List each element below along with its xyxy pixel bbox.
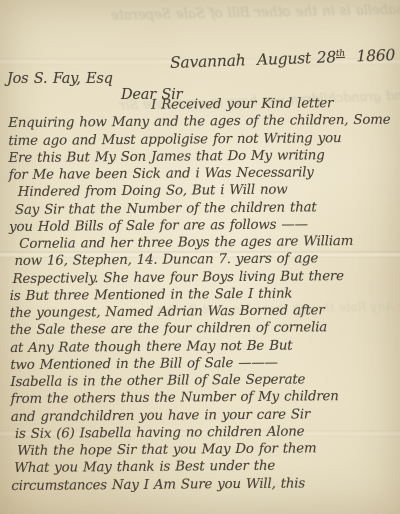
letter-body: I Received your Kind letter Enquiring ho… — [8, 95, 400, 495]
recipient: Jos S. Fay, Esq — [7, 71, 113, 87]
dateline-ordinal: th — [336, 49, 345, 59]
letter-scan: Isabella is in the other Bill of Sale Se… — [0, 0, 400, 514]
ink-bleedthrough-line: Isabella is in the other Bill of Sale Se… — [0, 2, 400, 28]
dateline-year: 1860 — [356, 46, 395, 65]
dateline-date: August 28 — [256, 48, 336, 69]
dateline-place: Savannah — [170, 51, 246, 72]
letter-line: Respectively. She have four Boys living … — [10, 267, 400, 288]
letter-line: time ago and Must appoligise for not Wri… — [8, 129, 398, 150]
dateline: Savannah August 28th 1860 — [170, 46, 396, 72]
letter-line: circumstances Nay I Am Sure you Will, th… — [11, 474, 400, 495]
